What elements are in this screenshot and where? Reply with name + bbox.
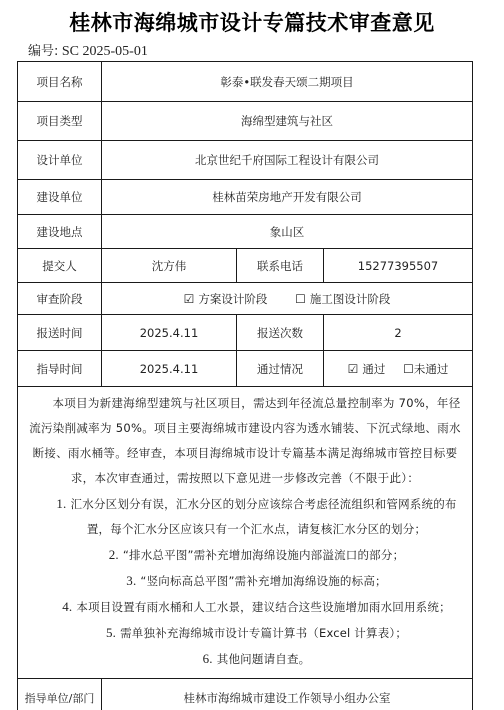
opinion-item: 5.需单独补充海绵城市设计专篇计算书（Excel 计算表）； — [47, 620, 466, 646]
item-text: “排水总平图”需补充增加海绵设施内部溢流口的部分； — [123, 548, 404, 562]
opinion-item: 4.本项目设置有雨水桶和人工水景，建议结合这些设施增加雨水回用系统； — [47, 594, 466, 620]
option-passed[interactable]: ☑通过 — [348, 362, 389, 376]
submitter-label: 提交人 — [18, 249, 102, 283]
option-not-passed[interactable]: ☐未通过 — [403, 362, 448, 376]
pass-status-label: 通过情况 — [237, 351, 324, 387]
row-submitter: 提交人 沈方伟 联系电话 15277395507 — [18, 249, 473, 283]
construction-site-value: 象山区 — [102, 215, 473, 249]
opinion-list: 1.汇水分区划分有误，汇水分区的划分应该综合考虑径流组织和管网系统的布置，每个汇… — [24, 491, 466, 672]
item-text: 需单独补充海绵城市设计专篇计算书（Excel 计算表）； — [120, 626, 407, 640]
document-number-label: 编号: — [28, 44, 58, 59]
option-label: 通过 — [362, 362, 385, 376]
design-unit-value: 北京世纪千府国际工程设计有限公司 — [102, 141, 473, 180]
item-text: 汇水分区划分有误，汇水分区的划分应该综合考虑径流组织和管网系统的布置，每个汇水分… — [71, 497, 457, 536]
guide-unit-label: 指导单位/部门 — [18, 679, 102, 710]
submit-time-label: 报送时间 — [18, 315, 102, 351]
opinion-paragraph: 本项目为新建海绵型建筑与社区项目，需达到年径流总量控制率为 70%，年径流污染削… — [24, 391, 466, 491]
review-stage-label: 审查阶段 — [18, 283, 102, 315]
row-review-stage: 审查阶段 ☑方案设计阶段 ☐施工图设计阶段 — [18, 283, 473, 315]
guide-unit-value: 桂林市海绵城市建设工作领导小组办公室 — [102, 679, 473, 710]
construction-unit-value: 桂林苗荣房地产开发有限公司 — [102, 180, 473, 215]
item-index: 1. — [56, 496, 66, 511]
checkbox-checked-icon[interactable]: ☑ — [184, 292, 195, 306]
item-index: 6. — [203, 651, 213, 666]
row-opinion: 本项目为新建海绵型建筑与社区项目，需达到年径流总量控制率为 70%，年径流污染削… — [18, 387, 473, 679]
opinion-item: 2.“排水总平图”需补充增加海绵设施内部溢流口的部分； — [47, 542, 466, 568]
row-guide-unit: 指导单位/部门 桂林市海绵城市建设工作领导小组办公室 — [18, 679, 473, 710]
option-label: 施工图设计阶段 — [310, 292, 391, 306]
row-construction-unit: 建设单位 桂林苗荣房地产开发有限公司 — [18, 180, 473, 215]
pass-status-options: ☑通过 ☐未通过 — [324, 351, 473, 387]
opinion-item: 6.其他问题请自查。 — [47, 646, 466, 672]
project-name-label: 项目名称 — [18, 62, 102, 102]
item-index: 3. — [126, 573, 136, 588]
option-label: 未通过 — [414, 362, 449, 376]
project-type-label: 项目类型 — [18, 102, 102, 141]
row-project-type: 项目类型 海绵型建筑与社区 — [18, 102, 473, 141]
review-form-table: 项目名称 彰泰•联发春天颂二期项目 项目类型 海绵型建筑与社区 设计单位 北京世… — [17, 61, 473, 710]
submitter-value: 沈方伟 — [102, 249, 237, 283]
item-index: 4. — [62, 599, 72, 614]
project-type-value: 海绵型建筑与社区 — [102, 102, 473, 141]
item-text: 其他问题请自查。 — [217, 652, 311, 666]
guide-time-value: 2025.4.11 — [102, 351, 237, 387]
document-number-value: SC 2025-05-01 — [62, 44, 148, 59]
row-guide-time: 指导时间 2025.4.11 通过情况 ☑通过 ☐未通过 — [18, 351, 473, 387]
design-unit-label: 设计单位 — [18, 141, 102, 180]
guide-time-label: 指导时间 — [18, 351, 102, 387]
option-construction-drawing[interactable]: ☐施工图设计阶段 — [295, 291, 390, 307]
checkbox-unchecked-icon[interactable]: ☐ — [295, 292, 306, 306]
phone-label: 联系电话 — [237, 249, 324, 283]
construction-unit-label: 建设单位 — [18, 180, 102, 215]
row-design-unit: 设计单位 北京世纪千府国际工程设计有限公司 — [18, 141, 473, 180]
construction-site-label: 建设地点 — [18, 215, 102, 249]
document-title: 桂林市海绵城市设计专篇技术审查意见 — [0, 7, 504, 37]
row-construction-site: 建设地点 象山区 — [18, 215, 473, 249]
review-stage-options: ☑方案设计阶段 ☐施工图设计阶段 — [102, 283, 473, 315]
item-text: 本项目设置有雨水桶和人工水景，建议结合这些设施增加雨水回用系统； — [76, 600, 450, 614]
item-index: 5. — [106, 625, 116, 640]
opinion-item: 3.“竖向标高总平图”需补充增加海绵设施的标高； — [47, 568, 466, 594]
submit-count-value: 2 — [324, 315, 473, 351]
checkbox-checked-icon[interactable]: ☑ — [348, 362, 359, 376]
project-name-value: 彰泰•联发春天颂二期项目 — [102, 62, 473, 102]
submit-count-label: 报送次数 — [237, 315, 324, 351]
submit-time-value: 2025.4.11 — [102, 315, 237, 351]
phone-value: 15277395507 — [324, 249, 473, 283]
option-scheme-design[interactable]: ☑方案设计阶段 — [184, 291, 268, 307]
item-index: 2. — [109, 547, 119, 562]
opinion-item: 1.汇水分区划分有误，汇水分区的划分应该综合考虑径流组织和管网系统的布置，每个汇… — [47, 491, 466, 542]
checkbox-unchecked-icon[interactable]: ☐ — [403, 362, 414, 376]
document-number: 编号: SC 2025-05-01 — [28, 40, 148, 60]
row-project-name: 项目名称 彰泰•联发春天颂二期项目 — [18, 62, 473, 102]
option-label: 方案设计阶段 — [198, 292, 267, 306]
item-text: “竖向标高总平图”需补充增加海绵设施的标高； — [140, 574, 386, 588]
opinion-body: 本项目为新建海绵型建筑与社区项目，需达到年径流总量控制率为 70%，年径流污染削… — [18, 387, 473, 679]
row-submit-time: 报送时间 2025.4.11 报送次数 2 — [18, 315, 473, 351]
